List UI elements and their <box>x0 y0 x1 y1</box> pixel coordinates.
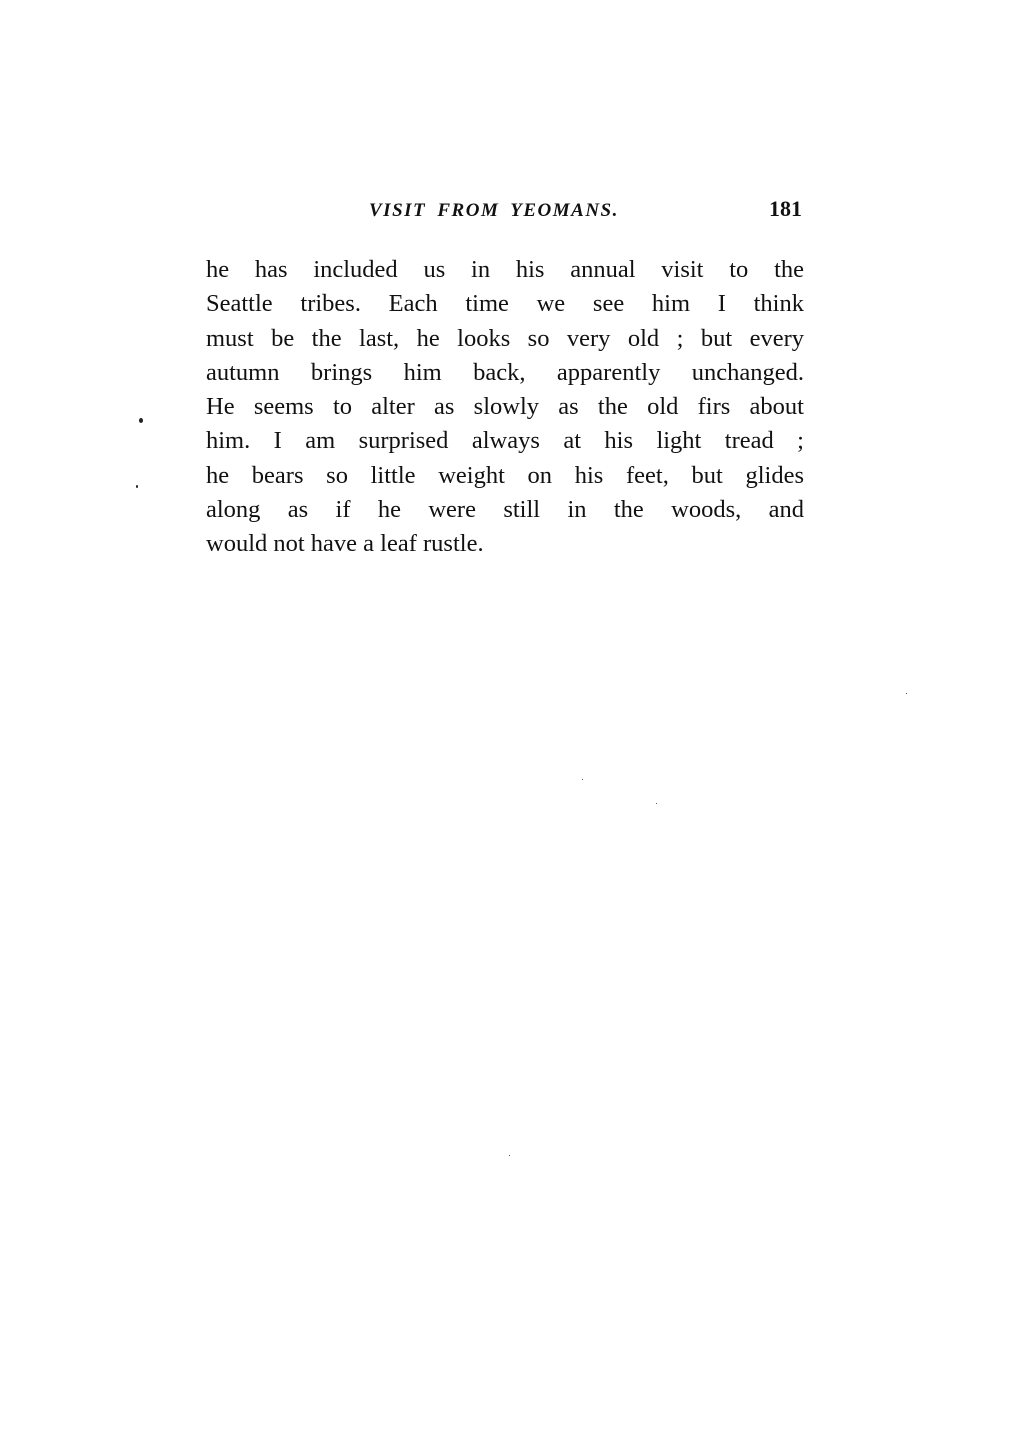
book-page: VISIT FROM YEOMANS. 181 he has included … <box>0 0 1010 1447</box>
text-line: would not have a leaf rustle. <box>206 527 804 561</box>
page-number: 181 <box>769 196 802 222</box>
scan-speck <box>906 693 907 694</box>
text-line: autumn brings him back, apparently uncha… <box>206 356 804 390</box>
text-line: Seattle tribes. Each time we see him I t… <box>206 287 804 321</box>
text-line: he bears so little weight on his feet, b… <box>206 459 804 493</box>
scan-speck <box>139 418 143 423</box>
scan-speck <box>656 803 657 804</box>
text-line: he has included us in his annual visit t… <box>206 253 804 287</box>
text-line: him. I am surprised always at his light … <box>206 424 804 458</box>
body-paragraph: he has included us in his annual visit t… <box>206 253 804 562</box>
scan-speck <box>509 1155 510 1156</box>
running-head-title: VISIT FROM YEOMANS. <box>369 200 619 222</box>
running-header: VISIT FROM YEOMANS. 181 <box>206 196 804 228</box>
scan-speck <box>582 779 583 780</box>
text-line: along as if he were still in the woods, … <box>206 493 804 527</box>
text-line: He seems to alter as slowly as the old f… <box>206 390 804 424</box>
scan-speck <box>136 485 138 488</box>
text-line: must be the last, he looks so very old ;… <box>206 322 804 356</box>
